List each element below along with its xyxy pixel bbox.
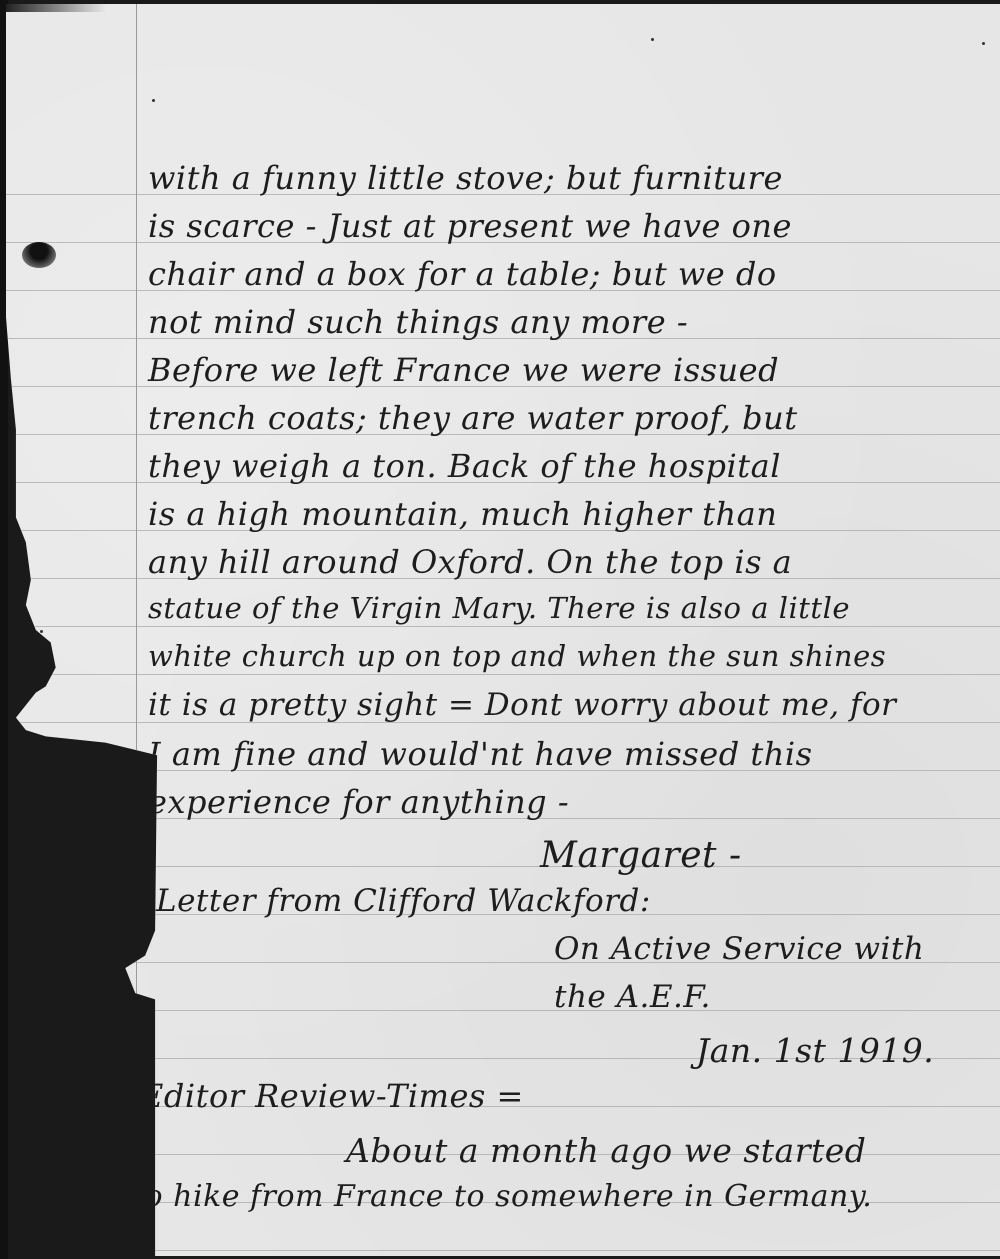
salutation: Editor Review-Times = (140, 1080, 524, 1112)
letter-line: any hill around Oxford. On the top is a (148, 546, 792, 578)
letter-line: trench coats; they are water proof, but (148, 402, 798, 434)
punch-hole (22, 242, 56, 268)
letter-line: chair and a box for a table; but we do (148, 258, 777, 290)
ruled-line (6, 866, 1000, 867)
letter-line: to hike from France to somewhere in Germ… (132, 1182, 872, 1212)
letter-line: statue of the Virgin Mary. There is also… (148, 594, 850, 623)
letter-line: they weigh a ton. Back of the hospital (148, 450, 781, 482)
ruled-line (6, 674, 1000, 675)
letter-line: not mind such things any more - (148, 306, 688, 338)
paper-speck (982, 42, 985, 45)
scan-shadow (6, 4, 106, 12)
paper-sheet: with a funny little stove; but furniture… (6, 4, 1000, 1256)
location-line: the A.E.F. (554, 982, 711, 1013)
signature: Margaret - (540, 838, 742, 874)
letter-line: About a month ago we started (346, 1134, 866, 1167)
margin-line (136, 4, 137, 1256)
letter-date: Jan. 1st 1919. (696, 1034, 934, 1067)
letter-heading: Letter from Clifford Wackford: (156, 886, 651, 917)
letter-line: I am fine and would'nt have missed this (148, 738, 812, 770)
letter-line: Before we left France we were issued (148, 354, 779, 386)
letter-line: it is a pretty sight = Dont worry about … (148, 690, 896, 721)
letter-line: white church up on top and when the sun … (148, 642, 886, 671)
letter-line: with a funny little stove; but furniture (148, 162, 783, 194)
paper-speck (40, 630, 43, 633)
ruled-line (6, 1010, 1000, 1011)
ruled-line (6, 1250, 1000, 1251)
ruled-line (6, 626, 1000, 627)
paper-speck (152, 99, 155, 102)
letter-line: is a high mountain, much higher than (148, 498, 777, 530)
paper-speck (651, 38, 654, 41)
letter-line: experience for anything - (148, 786, 569, 818)
letter-line: is scarce - Just at present we have one (148, 210, 792, 242)
location-line: On Active Service with (554, 934, 924, 965)
